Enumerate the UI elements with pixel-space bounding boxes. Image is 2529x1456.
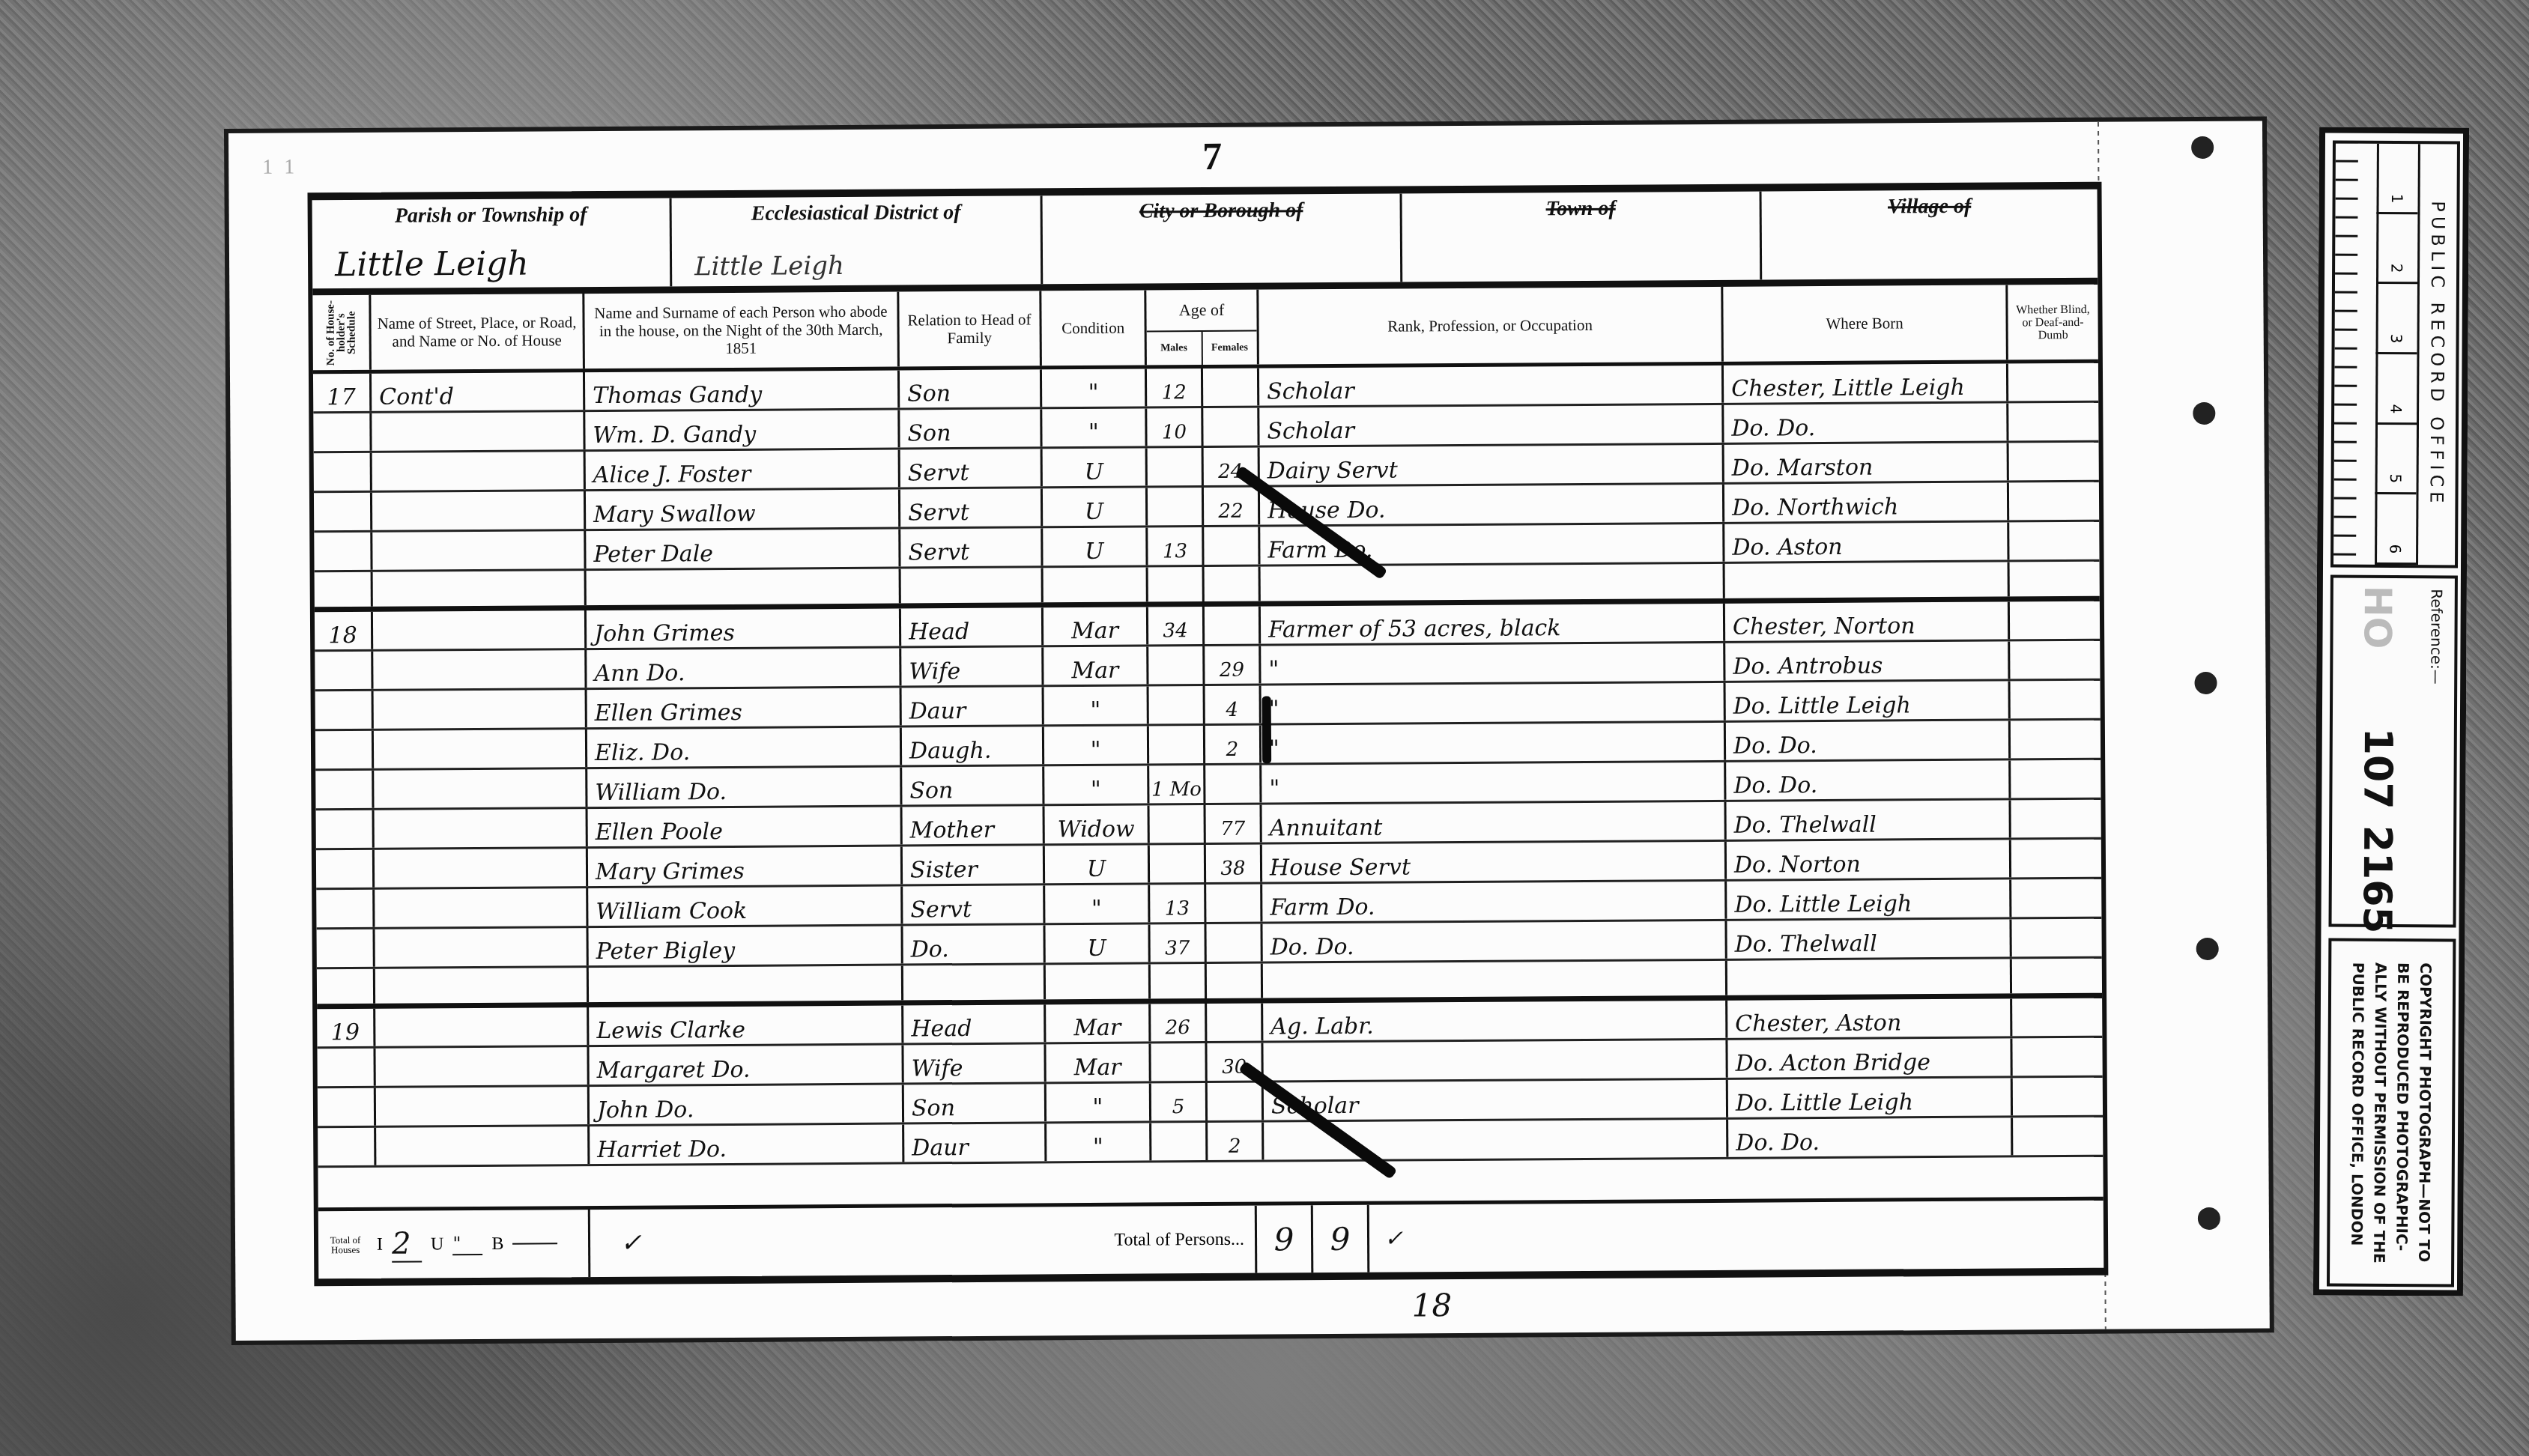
cell-relation: Daur [904,1123,1047,1162]
cell-relation: Servt [900,488,1043,527]
cell-schedule [317,1049,375,1086]
cell-name [587,569,901,606]
cell-where-born: Do. Norton [1727,840,2011,879]
total-males: 9 [1257,1205,1314,1273]
ecclesiastical-value: Little Leigh [694,251,844,282]
cell-schedule [316,810,375,848]
cell-where-born: Do. Little Leigh [1726,681,2011,720]
cell-schedule [315,771,374,808]
age-males-label: Males [1147,332,1203,365]
col-occupation: Rank, Profession, or Occupation [1259,287,1724,365]
cell-where-born: Do. Little Leigh [1727,879,2011,918]
ruler-box-number: 5 [2387,474,2405,484]
total-persons-label: Total of Persons... [1114,1229,1244,1250]
col-condition: Condition [1041,291,1147,366]
cell-male [1151,1043,1207,1081]
cell-street [375,849,588,888]
cell-occupation: " [1262,723,1726,763]
cell-street [375,1047,589,1086]
cell-male: 10 [1147,408,1203,446]
cell-name: William Do. [587,768,902,807]
binding-hole-icon [2193,402,2215,425]
cell-male: 13 [1148,527,1204,565]
cell-occupation: " [1261,643,1725,684]
age-females-label: Females [1202,332,1257,365]
cell-relation [903,965,1046,1000]
cell-female [1205,765,1262,803]
col-age: Age of Males Females [1146,290,1259,365]
binding-hole-icon [2191,136,2214,159]
col-schedule: No. of House-holder's Schedule [312,295,372,370]
page-number: 7 [1202,135,1222,179]
cell-where-born: Do. Do. [1726,760,2011,799]
cell-occupation [1263,961,1727,998]
cell-name: Alice J. Foster [586,450,900,490]
cell-female [1205,567,1261,601]
cell-condition: " [1044,727,1149,765]
cell-infirmity [2011,919,2101,957]
cell-male: 5 [1151,1083,1208,1120]
ruler-box-number: 6 [2387,545,2405,554]
cell-name: Mary Swallow [586,490,900,530]
cell-schedule: 19 [317,1009,375,1046]
reference-strip: 123456 PUBLIC RECORD OFFICE Reference:— … [2313,127,2469,1296]
cell-occupation: House Servt [1262,842,1727,882]
cell-infirmity [2010,601,2100,640]
cell-condition: U [1043,449,1148,487]
cell-where-born: Do. Do. [1724,403,2008,442]
village-label: Village of [1762,194,2098,220]
cell-street [374,690,587,729]
pro-title: PUBLIC RECORD OFFICE [2426,201,2448,508]
binding-hole-icon [2198,1207,2220,1230]
cell-condition: " [1047,1123,1151,1161]
cell-street [373,610,587,649]
cell-female [1206,885,1262,922]
cell-male [1148,448,1204,485]
cell-relation: Son [902,766,1044,804]
cell-occupation: " [1262,683,1726,724]
total-houses-label: Total of Houses [323,1235,368,1255]
marker-stroke [1262,697,1272,764]
cell-relation: Servt [900,449,1043,487]
copyright-notice: COPYRIGHT PHOTOGRAPH—NOT TOBE REPRODUCED… [2327,938,2456,1287]
cell-infirmity [2011,760,2101,798]
cell-condition [1044,568,1148,603]
cell-relation: Servt [903,885,1045,923]
cell-name: William Cook [588,887,903,926]
ruler-box: 2 [2376,214,2417,285]
cell-street [375,888,588,927]
cell-street [372,452,586,491]
cell-where-born: Chester, Little Leigh [1724,363,2008,402]
cell-occupation: Do. Do. [1262,921,1727,962]
total-females: 9 [1313,1205,1370,1273]
village-cell: Village of [1762,189,2098,280]
col-relation: Relation to Head of Family [899,291,1042,366]
cell-schedule: 17 [313,374,372,411]
cell-where-born: Do. Antrobus [1725,641,2010,680]
cell-female: 2 [1208,1123,1264,1160]
cell-schedule [318,1128,376,1165]
cell-occupation: Ag. Labr. [1263,1001,1727,1041]
cell-schedule [316,929,375,967]
binding-hole-icon [2194,672,2217,694]
cell-male [1149,726,1205,763]
cell-infirmity [2012,1038,2102,1076]
cell-infirmity [2010,641,2100,679]
cell-street [376,1126,590,1165]
cell-name: Eliz. Do. [587,728,902,768]
cell-infirmity [2011,800,2101,838]
cell-schedule [316,890,375,927]
copyright-text: COPYRIGHT PHOTOGRAPH—NOT TOBE REPRODUCED… [2345,962,2437,1263]
cell-relation: Wife [903,1044,1046,1082]
cell-name: Thomas Gandy [585,371,900,410]
cell-female: 77 [1206,805,1262,843]
reference-label: Reference:— [2427,589,2446,685]
age-title: Age of [1146,290,1256,333]
parish-label: Parish or Township of [312,202,670,228]
scale-ruler: 123456 PUBLIC RECORD OFFICE [2330,141,2460,568]
cell-schedule [317,969,375,1004]
cell-female [1206,924,1262,962]
cell-female [1207,1004,1263,1041]
cell-female [1204,527,1260,565]
column-headers: No. of House-holder's Schedule Name of S… [312,285,2098,374]
cell-male: 34 [1148,607,1205,644]
cell-infirmity [2008,363,2098,401]
ruler-box: 5 [2375,425,2417,495]
cell-condition: U [1043,488,1148,527]
cell-male: 37 [1150,924,1206,962]
cell-schedule [314,493,372,530]
cell-occupation: Annuitant [1262,802,1727,843]
cell-infirmity [2011,840,2101,878]
cell-infirmity [2009,443,2099,481]
inhabited-label: I [377,1234,383,1255]
cell-condition: U [1045,925,1150,963]
cell-schedule [315,691,374,729]
census-sheet: 1 1 7 Parish or Township of Little Leigh… [228,121,2270,1341]
cell-where-born: Chester, Norton [1725,601,2010,640]
cell-condition: " [1047,1083,1151,1121]
cell-female: 29 [1205,646,1261,684]
cell-where-born: Chester, Aston [1727,998,2012,1037]
cell-female: 4 [1205,686,1262,724]
cell-street [375,928,588,967]
check-mark-icon: ✓ [620,1228,642,1258]
ruler-boxes: 123456 [2375,144,2420,565]
cell-schedule [315,572,373,607]
ruler-box-number: 2 [2388,264,2406,273]
cell-schedule [315,652,373,689]
piece-number: 2165 [2354,825,2399,934]
parish-value: Little Leigh [335,245,529,285]
cell-relation: Daugh. [902,727,1044,765]
cell-street [375,809,588,848]
cell-where-born: Do. Marston [1724,443,2009,482]
totals-row: Total of Houses I 2 U " B ✓ Total of Per… [318,1197,2104,1279]
col-street: Name of Street, Place, or Road, and Name… [371,294,585,370]
total-houses-cell: Total of Houses I 2 U " B [318,1210,591,1278]
cell-male [1148,488,1204,525]
cell-relation: Head [901,607,1044,646]
cell-where-born: Do. Thelwall [1726,800,2011,839]
cell-condition: Widow [1045,806,1150,844]
cell-where-born: Do. Little Leigh [1728,1078,2013,1117]
cell-relation: Sister [903,846,1045,884]
cell-relation: Head [903,1004,1046,1043]
cell-male: 12 [1147,368,1203,406]
cell-where-born: Do. Do. [1726,721,2011,759]
cell-schedule: 18 [315,612,373,649]
cell-occupation: Farm Do. [1262,882,1727,922]
location-header: Parish or Township of Little Leigh Eccle… [312,189,2098,296]
total-check-icon: ✓ [1369,1201,2104,1273]
cell-condition: Mar [1044,607,1148,646]
cell-condition: " [1044,687,1149,725]
cell-infirmity [2008,403,2098,441]
cell-male: 1 Mo [1149,765,1205,803]
cell-male: 26 [1151,1004,1207,1041]
cell-condition: " [1042,409,1147,447]
town-label: Town of [1402,196,1760,222]
town-cell: Town of [1402,192,1763,282]
cell-where-born: Do. Northwich [1724,482,2009,521]
cell-schedule [318,1088,376,1126]
cell-schedule [316,850,375,888]
total-persons-cell: ✓ Total of Persons... [590,1206,1258,1277]
ruler-box: 6 [2375,494,2416,565]
cell-occupation [1263,1040,1727,1081]
cell-female: 2 [1205,726,1262,763]
binding-hole-icon [2196,938,2219,960]
cell-condition [1046,965,1151,1000]
copyright-line: COPYRIGHT PHOTOGRAPH—NOT TO [2413,962,2437,1264]
cell-infirmity [2009,482,2099,521]
cell-street [376,1087,590,1126]
ruler-ticks [2333,144,2379,565]
cell-occupation [1261,564,1725,601]
cell-name [589,966,903,1003]
cell-female [1203,408,1259,446]
cell-where-born [1725,562,2010,598]
cell-female: 22 [1204,488,1260,525]
cell-relation [901,568,1044,603]
census-table: Parish or Township of Little Leigh Eccle… [307,182,2108,1287]
cell-male [1151,964,1207,998]
cell-female [1207,964,1263,998]
ruler-box-number: 4 [2387,404,2405,413]
cell-infirmity [2010,562,2100,597]
cell-relation: Mother [903,806,1045,844]
cell-female: 38 [1206,845,1262,882]
cell-condition: U [1043,528,1148,566]
cell-infirmity [2012,959,2102,994]
ruler-box: 3 [2375,284,2417,354]
cell-occupation: Dairy Servt [1260,445,1724,485]
ecclesiastical-label: Ecclesiastical District of [672,200,1041,226]
cell-infirmity [2011,879,2101,917]
cell-infirmity [2012,998,2102,1037]
cell-relation: Son [904,1084,1047,1122]
cell-relation: Son [900,369,1042,407]
cell-name: Peter Dale [586,530,900,569]
cell-name: Ann Do. [587,649,901,688]
cell-occupation: House Do. [1260,485,1724,525]
cell-condition: Mar [1046,1044,1151,1082]
reference-box: Reference:— HO 107 2165 [2328,575,2457,928]
cell-condition: Mar [1044,647,1148,685]
cell-street [372,412,585,451]
ecclesiastical-cell: Ecclesiastical District of Little Leigh [672,195,1044,286]
ruler-box-number: 3 [2387,334,2405,344]
cell-relation: Daur [902,687,1044,725]
cell-female [1208,1083,1264,1120]
cell-schedule [313,413,372,451]
copyright-line: ALLY WITHOUT PERMISSION OF THE [2368,962,2392,1263]
ruler-box: 1 [2376,144,2417,214]
cell-infirmity [2011,721,2101,759]
uninhabited-label: U [431,1234,444,1255]
cell-street [375,1007,589,1046]
cell-schedule [315,731,374,768]
uninhabited-value: " [452,1233,482,1255]
cell-male [1148,646,1205,684]
cell-occupation: Scholar [1264,1080,1728,1120]
cell-condition: Mar [1046,1004,1151,1043]
cell-occupation: Farmer of 53 acres, black [1261,604,1725,644]
cell-infirmity [2013,1078,2103,1116]
cell-street [372,491,586,530]
cell-relation: Wife [901,647,1044,685]
cell-occupation: Scholar [1259,365,1724,406]
cell-male [1150,845,1206,882]
cell-name: John Do. [590,1085,904,1125]
cell-name: Peter Bigley [588,926,903,966]
cell-male [1150,805,1206,843]
cell-where-born [1727,959,2012,995]
building-label: B [491,1234,503,1254]
city-label: City or Borough of [1043,198,1400,224]
cell-male [1151,1123,1208,1160]
corner-mark: 1 1 [262,155,297,179]
cell-where-born: Do. Thelwall [1727,919,2011,958]
grand-total: 18 [1411,1287,1452,1323]
cell-street [374,769,587,808]
cell-infirmity [2009,522,2099,560]
cell-occupation: Scholar [1259,405,1724,446]
cell-street [373,571,587,607]
cell-condition: " [1044,766,1149,804]
building-value [512,1243,557,1244]
cell-street [372,531,586,570]
cell-street [373,650,587,689]
cell-female [1205,607,1261,644]
cell-male: 13 [1150,885,1206,922]
cell-relation: Son [900,409,1042,447]
cell-where-born: Do. Do. [1728,1117,2013,1156]
cell-relation: Do. [903,925,1045,963]
cell-name: Lewis Clarke [589,1006,903,1046]
cell-schedule [314,533,372,570]
cell-street [375,968,589,1004]
copyright-line: BE REPRODUCED PHOTOGRAPHIC- [2390,962,2414,1264]
series-code: HO [2355,586,2399,649]
cell-schedule [314,453,372,491]
cell-name: Ellen Poole [588,807,903,847]
ruler-box: 4 [2375,354,2417,425]
cell-condition: " [1042,369,1147,407]
cell-male [1148,567,1205,601]
cell-relation: Servt [900,528,1043,566]
cell-condition: U [1045,846,1150,884]
cell-name: John Grimes [587,609,901,649]
cell-street [374,729,587,768]
cell-name: Wm. D. Gandy [585,410,900,450]
cell-name: Harriet Do. [590,1125,904,1165]
copyright-line: PUBLIC RECORD OFFICE, LONDON [2345,962,2369,1263]
col-infirmity: Whether Blind, or Deaf-and-Dumb [2008,285,2098,360]
col-name: Name and Surname of each Person who abod… [584,292,900,369]
inhabited-value: 2 [392,1226,422,1262]
cell-name: Ellen Grimes [587,688,902,728]
city-cell: City or Borough of [1043,193,1403,284]
cell-occupation: " [1262,762,1726,803]
cell-condition: " [1045,885,1150,923]
cell-where-born: Do. Acton Bridge [1727,1038,2012,1077]
col-where-born: Where Born [1723,285,2008,361]
cell-female [1203,368,1259,406]
class-number: 107 [2354,728,2400,810]
cell-name: Mary Grimes [588,847,903,887]
cell-where-born: Do. Aston [1724,522,2009,561]
cell-male [1149,686,1205,724]
cell-infirmity [2011,681,2101,719]
ruler-box-number: 1 [2388,193,2406,203]
census-rows: 17Cont'dThomas GandySon"12ScholarChester… [313,363,2103,1168]
cell-street: Cont'd [372,372,585,411]
cell-infirmity [2013,1117,2103,1156]
parish-cell: Parish or Township of Little Leigh [312,198,673,288]
cell-name: Margaret Do. [589,1046,903,1085]
